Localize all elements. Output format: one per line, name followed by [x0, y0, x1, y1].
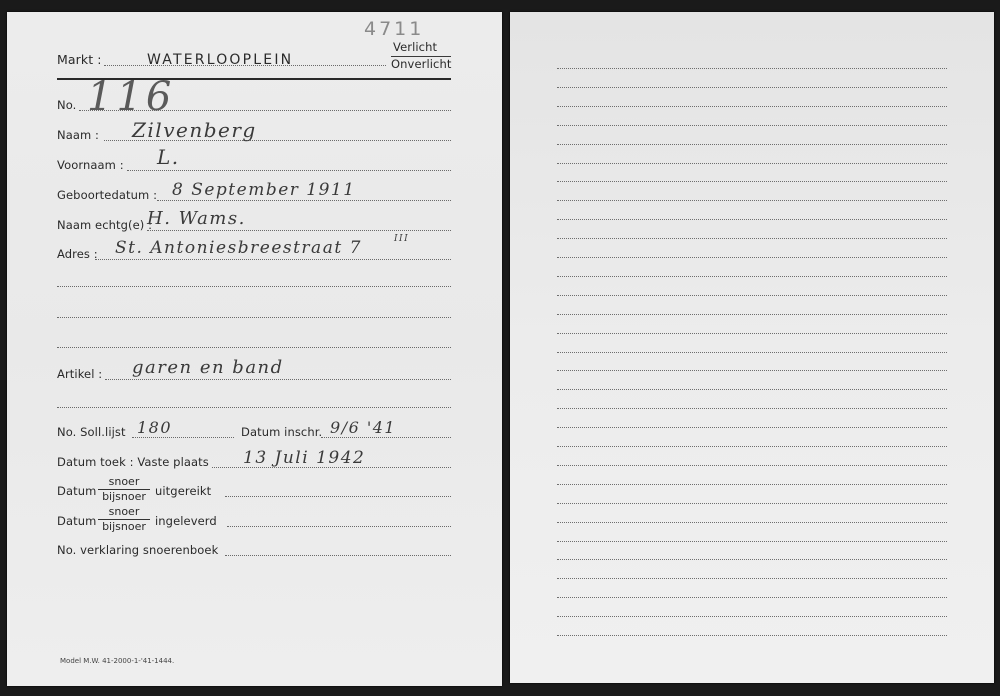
datum-inschr-label: Datum inschr.	[241, 425, 322, 439]
ruled-line	[557, 635, 947, 636]
ingeleverd-suffix: ingeleverd	[155, 514, 217, 528]
registration-card-front: 4711 Markt : WATERLOOPLEIN Verlicht Onve…	[7, 12, 502, 686]
ruled-line	[557, 389, 947, 390]
onverlicht-option: Onverlicht	[391, 57, 451, 71]
artikel-label: Artikel :	[57, 367, 102, 381]
adres-line-3	[57, 317, 451, 318]
ruled-line	[557, 200, 947, 201]
ruled-line	[557, 163, 947, 164]
ruled-line	[557, 578, 947, 579]
ruled-line	[557, 181, 947, 182]
ruled-line	[557, 597, 947, 598]
adres-line	[95, 259, 451, 260]
ruled-line	[557, 295, 947, 296]
ruled-line	[557, 408, 947, 409]
markt-label: Markt :	[57, 52, 102, 67]
ruled-line	[557, 238, 947, 239]
ruled-line	[557, 106, 947, 107]
ruled-line	[557, 87, 947, 88]
ruled-line	[557, 314, 947, 315]
soll-lijst-label: No. Soll.lijst	[57, 425, 126, 439]
fraction-numerator: snoer	[98, 506, 150, 520]
soll-lijst-line	[132, 437, 234, 438]
artikel-value: garen en band	[132, 357, 284, 378]
ruled-line	[557, 125, 947, 126]
soll-lijst-value: 180	[137, 418, 172, 437]
ruled-line	[557, 559, 947, 560]
ruled-line	[557, 276, 947, 277]
ingeleverd-line	[227, 526, 451, 527]
ingeleverd-prefix: Datum	[57, 514, 96, 528]
naam-echtgenote-value: H. Wams.	[147, 208, 246, 229]
no-value: 116	[87, 74, 175, 120]
geboortedatum-line	[157, 200, 451, 201]
markt-value: WATERLOOPLEIN	[147, 52, 293, 68]
datum-inschr-value: 9/6 '41	[330, 418, 396, 437]
artikel-line-2	[57, 407, 451, 408]
ruled-line	[557, 503, 947, 504]
verklaring-label: No. verklaring snoerenboek	[57, 543, 218, 557]
snoer-bijsnoer-fraction-1: snoer bijsnoer	[98, 476, 150, 503]
ruled-line	[557, 370, 947, 371]
ruled-line	[557, 484, 947, 485]
adres-value: St. Antoniesbreestraat 7	[115, 238, 362, 258]
geboortedatum-value: 8 September 1911	[172, 180, 356, 200]
datum-toek-label: Datum toek : Vaste plaats	[57, 455, 209, 469]
ruled-line	[557, 446, 947, 447]
ruled-line	[557, 616, 947, 617]
ruled-line	[557, 522, 947, 523]
adres-label: Adres :	[57, 247, 98, 261]
registration-card-back	[510, 12, 994, 683]
adres-line-4	[57, 347, 451, 348]
verklaring-line	[225, 555, 451, 556]
voornaam-line	[127, 170, 451, 171]
naam-echtgenote-label: Naam echtg(e) :	[57, 218, 152, 232]
ruled-line	[557, 257, 947, 258]
voornaam-label: Voornaam :	[57, 158, 124, 172]
uitgereikt-prefix: Datum	[57, 484, 96, 498]
snoer-bijsnoer-fraction-2: snoer bijsnoer	[98, 506, 150, 533]
adres-floor-superscript: III	[394, 234, 409, 244]
ruled-line	[557, 68, 947, 69]
fraction-denominator: bijsnoer	[98, 520, 150, 533]
datum-toek-value: 13 Juli 1942	[243, 448, 365, 468]
ruled-line	[557, 333, 947, 334]
voornaam-value: L.	[157, 145, 180, 169]
uitgereikt-line	[225, 496, 451, 497]
fraction-denominator: bijsnoer	[98, 490, 150, 503]
no-label: No.	[57, 98, 76, 112]
naam-value: Zilvenberg	[132, 118, 257, 142]
datum-inschr-line	[321, 437, 451, 438]
ruled-line	[557, 427, 947, 428]
ruled-line	[557, 219, 947, 220]
verlicht-option: Verlicht	[393, 40, 437, 54]
ruled-line	[557, 465, 947, 466]
geboortedatum-label: Geboortedatum :	[57, 188, 157, 202]
uitgereikt-suffix: uitgereikt	[155, 484, 211, 498]
adres-line-2	[57, 286, 451, 287]
artikel-line	[105, 379, 451, 380]
fraction-numerator: snoer	[98, 476, 150, 490]
ruled-line	[557, 352, 947, 353]
ruled-line	[557, 541, 947, 542]
ruled-line	[557, 144, 947, 145]
form-model-number: Model M.W. 41-2000-1-'41-1444.	[60, 657, 174, 665]
pencil-archive-number: 4711	[364, 18, 424, 40]
naam-echtgenote-line	[147, 230, 451, 231]
naam-label: Naam :	[57, 128, 99, 142]
